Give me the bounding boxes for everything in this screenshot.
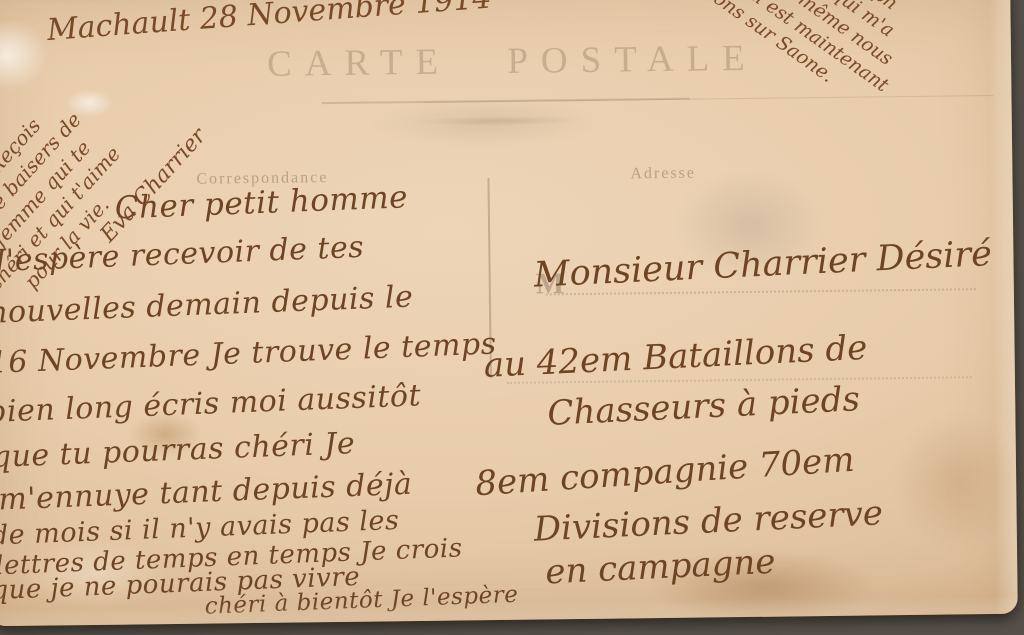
water-stain (892, 412, 1024, 554)
right-margin-note: le veux de répondre à ta mère à Joseph é… (625, 0, 1024, 178)
message-line: bien long écris moi aussitôt (0, 378, 422, 430)
address-line: Chasseurs à pieds (546, 379, 860, 434)
postcard-paper: CARTE POSTALE Correspondance Adresse M M… (0, 0, 1018, 626)
address-line: Divisions de reserve (533, 493, 884, 549)
adresse-label: Adresse (630, 165, 696, 184)
address-line: en campagne (544, 542, 776, 593)
header-ornament (414, 115, 584, 127)
left-margin-note: Reçois mille baisers de ta femme qui te … (0, 0, 264, 335)
address-line: 8em compagnie 70em (474, 440, 855, 504)
address-line: au 42em Bataillons de (483, 328, 868, 386)
postcard-scan: CARTE POSTALE Correspondance Adresse M M… (0, 0, 1024, 635)
message-line: que tu pourras chéri Je (0, 426, 356, 475)
corner-damage (0, 20, 47, 91)
message-line: 16 Novembre Je trouve le temps (0, 326, 497, 380)
address-recipient: Monsieur Charrier Désiré (533, 234, 993, 296)
carte-postale-header: CARTE POSTALE (267, 37, 737, 86)
